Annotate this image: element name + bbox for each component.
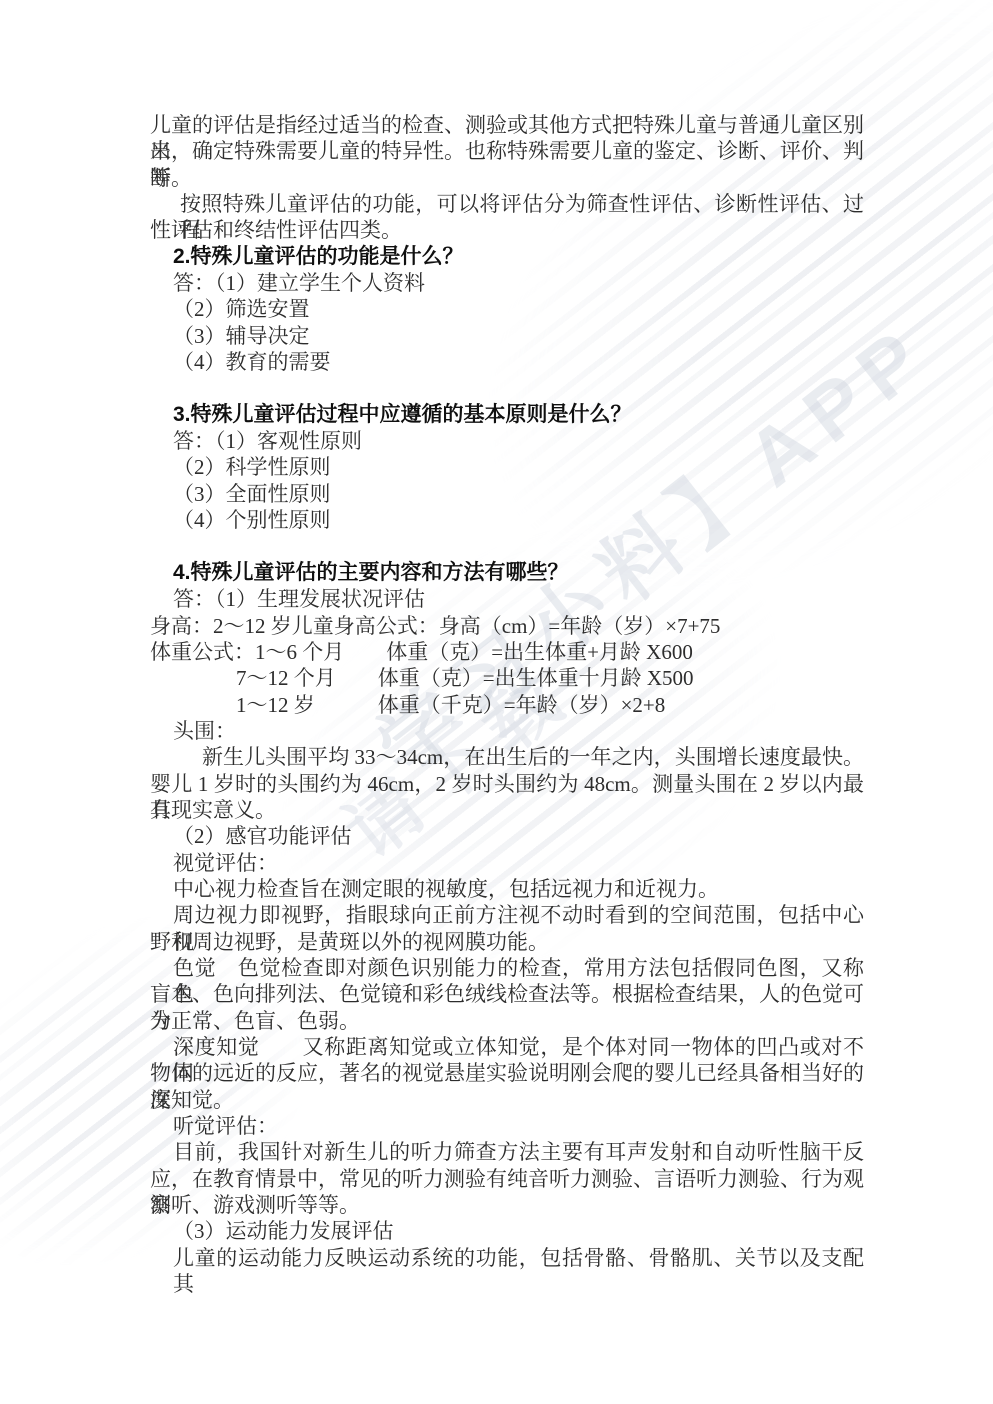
text-line: 7～12 个月 体重（克）=出生体重十月龄 X500: [150, 665, 864, 691]
text-line: 色觉 色觉检查即对颜色识别能力的检查，常用方法包括假同色图，又称色: [150, 955, 864, 981]
text-line: 目前，我国针对新生儿的听力筛查方法主要有耳声发射和自动听性脑干反: [150, 1139, 864, 1165]
text-line: 性评估和终结性评估四类。: [150, 217, 864, 243]
text-line: 按照特殊儿童评估的功能，可以将评估分为筛查性评估、诊断性评估、过程: [150, 191, 864, 217]
text-line: 来，确定特殊需要儿童的特异性。也称特殊需要儿童的鉴定、诊断、评价、判断: [150, 138, 864, 164]
text-line: 应，在教育情景中，常见的听力测验有纯音听力测验、言语听力测验、行为观察: [150, 1166, 864, 1192]
text-line: （3）运动能力发展评估: [150, 1218, 864, 1244]
text-line: 儿童的运动能力反映运动系统的功能，包括骨骼、骨骼肌、关节以及支配其: [150, 1245, 864, 1271]
text-line: 测听、游戏测听等等。: [150, 1192, 864, 1218]
text-line: 野和周边视野，是黄斑以外的视网膜功能。: [150, 929, 864, 955]
text-line: （4）个别性原则: [150, 507, 864, 533]
text-line: [150, 534, 864, 560]
text-line: 答：（1）生理发展状况评估: [150, 586, 864, 612]
text-line: （4）教育的需要: [150, 349, 864, 375]
text-line: 等。: [150, 165, 864, 191]
text-line: 有现实意义。: [150, 797, 864, 823]
text-line: 身高：2～12 岁儿童身高公式：身高（cm）=年龄（岁）×7+75: [150, 613, 864, 639]
text-line: 周边视力即视野，指眼球向正前方注视不动时看到的空间范围，包括中心视: [150, 902, 864, 928]
text-line: （3）全面性原则: [150, 481, 864, 507]
text-line: 1～12 岁 体重（千克）=年龄（岁）×2+8: [150, 692, 864, 718]
text-line: 答：（1）建立学生个人资料: [150, 270, 864, 296]
text-line: 头围：: [150, 718, 864, 744]
text-line: （2）筛选安置: [150, 296, 864, 322]
document-page: 学习小料】APP请下载 儿童的评估是指经过适当的检查、测验或其他方式把特殊儿童与…: [0, 0, 993, 1404]
heading-line: 4.特殊儿童评估的主要内容和方法有哪些？: [150, 560, 864, 586]
heading-line: 2.特殊儿童评估的功能是什么？: [150, 244, 864, 270]
heading-line: 3.特殊儿童评估过程中应遵循的基本原则是什么？: [150, 402, 864, 428]
text-line: [150, 375, 864, 401]
text-line: 中心视力检查旨在测定眼的视敏度，包括远视力和近视力。: [150, 876, 864, 902]
text-line: 深度知觉 又称距离知觉或立体知觉，是个体对同一物体的凹凸或对不同: [150, 1034, 864, 1060]
document-text: 儿童的评估是指经过适当的检查、测验或其他方式把特殊儿童与普通儿童区别出来，确定特…: [150, 112, 864, 1271]
text-line: 答：（1）客观性原则: [150, 428, 864, 454]
text-line: （2）科学性原则: [150, 454, 864, 480]
text-line: 新生儿头围平均 33～34cm，在出生后的一年之内，头围增长速度最快。: [150, 744, 864, 770]
text-line: 儿童的评估是指经过适当的检查、测验或其他方式把特殊儿童与普通儿童区别出: [150, 112, 864, 138]
text-line: （2）感官功能评估: [150, 823, 864, 849]
text-line: 为正常、色盲、色弱。: [150, 1008, 864, 1034]
text-line: 盲本、色向排列法、色觉镜和彩色绒线检查法等。根据检查结果，人的色觉可分: [150, 981, 864, 1007]
text-line: 度知觉。: [150, 1087, 864, 1113]
text-line: 体重公式：1～6 个月 体重（克）=出生体重+月龄 X600: [150, 639, 864, 665]
text-line: （3）辅导决定: [150, 323, 864, 349]
text-line: 物体的远近的反应，著名的视觉悬崖实验说明刚会爬的婴儿已经具备相当好的深: [150, 1060, 864, 1086]
text-line: 听觉评估：: [150, 1113, 864, 1139]
text-line: 婴儿 1 岁时的头围约为 46cm，2 岁时头围约为 48cm。测量头围在 2 …: [150, 771, 864, 797]
text-line: 视觉评估：: [150, 850, 864, 876]
